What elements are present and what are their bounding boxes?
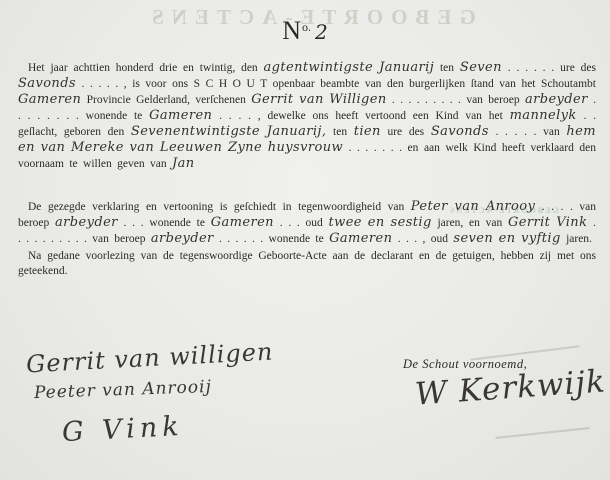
- handwritten-witness2-age: seven en vyftig: [453, 231, 560, 246]
- handwritten-witness2-occupation: arbeyder: [151, 231, 214, 246]
- print-text: . . . wonende te: [118, 217, 211, 229]
- print-text: . . . . . , is voor ons S C H O U T open…: [76, 78, 596, 90]
- handwritten-time-of-day: Savonds: [18, 76, 76, 91]
- handwritten-birth-hour: tien: [354, 124, 381, 139]
- handwritten-witness1-occupation: arbeyder: [55, 215, 118, 230]
- handwritten-municipality: Gameren: [18, 92, 81, 107]
- handwritten-witness1-age: twee en sestig: [329, 215, 432, 230]
- print-text: Na gedane voorlezing van de tegenswoordi…: [18, 250, 596, 277]
- act-number-value: 2: [315, 20, 328, 44]
- print-text: . . . . . . wonende te: [214, 233, 329, 245]
- act-number-o: o.: [302, 20, 311, 34]
- print-text: De gezegde verklaring en vertooning is g…: [28, 201, 411, 213]
- print-text: . . . . . . ure des: [502, 62, 596, 74]
- handwritten-occupation: arbeyder: [525, 92, 588, 107]
- paragraph-witnesses: De gezegde verklaring en vertooning is g…: [18, 199, 596, 247]
- print-text: ten: [434, 62, 460, 74]
- handwritten-date-of-act: agtentwintigste Januarij: [264, 60, 435, 75]
- print-text: . . . . . . . . . van beroep: [387, 94, 525, 106]
- print-text: ure des: [381, 126, 431, 138]
- handwritten-gender: mannelyk: [510, 108, 577, 123]
- print-text: Provincie Gelderland, verſchenen: [81, 94, 251, 106]
- print-text: . . . oud: [274, 217, 329, 229]
- handwritten-witness1-name: Peter van Anrooy: [411, 199, 535, 214]
- print-text: . . . . , dewelke ons heeft vertoond een…: [212, 110, 509, 122]
- paragraph-declaration: Het jaar achttien honderd drie en twinti…: [18, 60, 596, 172]
- print-text: jaren, en van: [432, 217, 508, 229]
- print-text: jaren.: [561, 233, 592, 245]
- handwritten-residence: Gameren: [149, 108, 212, 123]
- handwritten-declarant-name: Gerrit van Willigen: [251, 92, 386, 107]
- print-text: Het jaar achttien honderd drie en twinti…: [28, 62, 264, 74]
- act-body: Het jaar achttien honderd drie en twinti…: [18, 60, 596, 279]
- handwritten-witness1-residence: Gameren: [211, 215, 274, 230]
- handwritten-child-name: Jan: [172, 156, 195, 171]
- act-number-n: N: [282, 16, 302, 45]
- paragraph-closing: Na gedane voorlezing van de tegenswoordi…: [18, 249, 596, 279]
- handwritten-birth-time-of-day: Savonds: [431, 124, 489, 139]
- act-number-heading: No.2: [0, 16, 610, 46]
- handwritten-hour: Seven: [460, 60, 502, 75]
- print-text: . . . , oud: [392, 233, 453, 245]
- signature-witness2: G Vink: [61, 411, 184, 448]
- print-text: ten: [326, 126, 353, 138]
- print-text: . . . . . van: [489, 126, 567, 138]
- handwritten-witness2-name: Gerrit Vink: [508, 215, 587, 230]
- handwritten-witness2-residence: Gameren: [329, 231, 392, 246]
- handwritten-birth-date: Sevenentwintigste Januarij,: [131, 124, 326, 139]
